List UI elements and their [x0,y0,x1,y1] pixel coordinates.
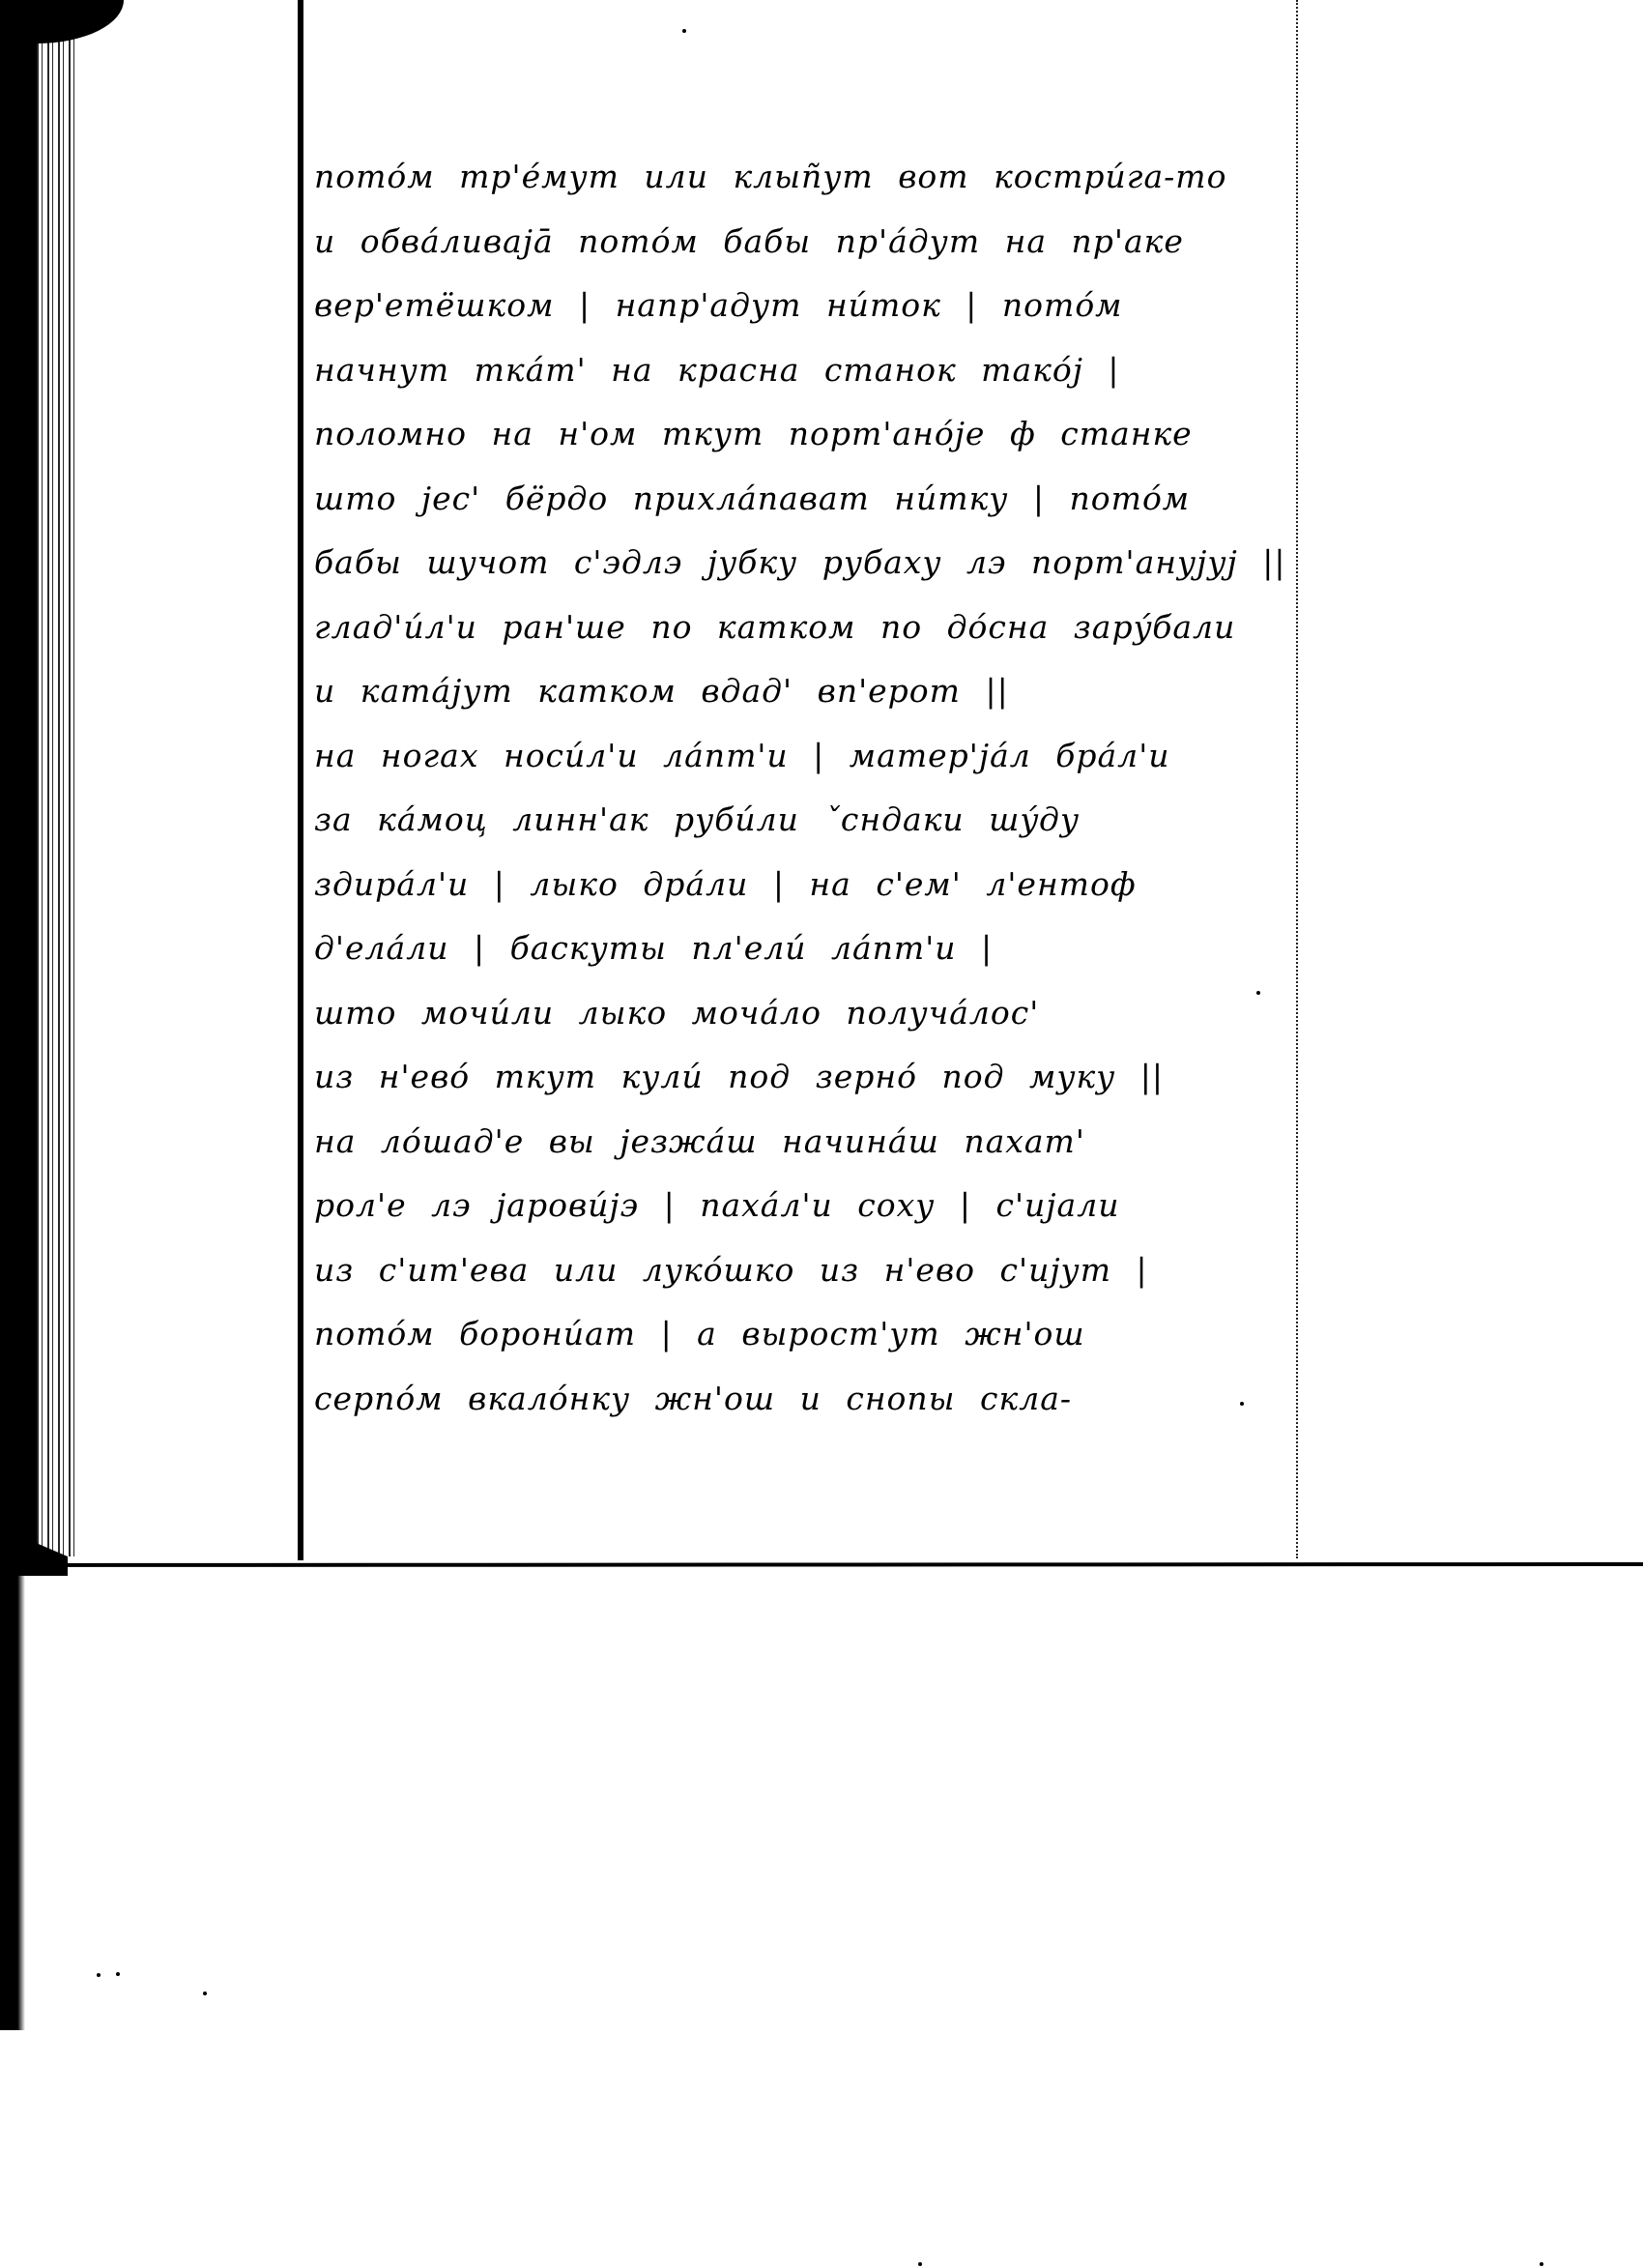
manuscript-line: здирáл'и | лыко дрáли | на с'ем' л'ентоф [314,853,1290,917]
manuscript-text: потóм тр'éмут или клыñут вот кострúга-то… [314,145,1290,1431]
manuscript-line: потóм тр'éмут или клыñут вот кострúга-то [314,145,1290,210]
manuscript-line: на ногах носúл'и лáпт'и | матер'јáл брáл… [314,724,1290,789]
manuscript-line: што јес' бёрдо прихлáпават нúтку | потóм [314,467,1290,532]
scan-speck [116,1972,120,1976]
scan-speck [203,1992,207,1995]
manuscript-line: за кáмоц линн'ак рубúли ˇсндаки шýду [314,788,1290,853]
scan-speck [97,1973,101,1977]
scan-edge-bleed [37,10,75,1556]
manuscript-line: бабы шучот с'эдлэ јубку рубаху лэ порт'а… [314,531,1290,596]
manuscript-line: глад'úл'и ран'ше по катком по дóсна зарý… [314,596,1290,660]
manuscript-line: из с'ит'ева или лукóшко из н'ево с'ијут … [314,1238,1290,1303]
manuscript-line: д'елáли | баскуты пл'елú лáпт'и | [314,916,1290,981]
scan-edge-left [0,0,37,1566]
scan-speck [1240,1402,1244,1406]
manuscript-line: вер'етёшком | напр'адут нúток | потóм [314,274,1290,338]
manuscript-line: и обвáливајā потóм бабы пр'áдут на пр'ак… [314,210,1290,275]
right-margin-rule [1296,0,1298,1558]
manuscript-line: и катáјут катком вдад' вп'ерот || [314,659,1290,724]
scan-speck [682,29,686,33]
manuscript-line: поломно на н'ом ткут порт'анóје ф станке [314,402,1290,467]
manuscript-line: рол'е лэ јаровúјэ | пахáл'и соху | с'ија… [314,1174,1290,1238]
manuscript-line: потóм боронúат | а вырост'ут жн'ош [314,1302,1290,1367]
manuscript-line: серпóм вкалóнку жн'ош и снопы скла- [314,1367,1290,1432]
scan-speck [918,2262,922,2266]
left-margin-rule [298,0,303,1560]
scan-edge-left-lower [0,1566,25,2030]
manuscript-line: из н'евó ткут кулú под зернó под муку || [314,1045,1290,1110]
manuscript-line: начнут ткáт' на красна станок такóј | [314,338,1290,403]
manuscript-line: што мочúли лыко мочáло получáлос' [314,981,1290,1046]
page-bottom-edge [10,1562,1643,1567]
scan-speck [1540,2262,1543,2266]
scan-speck [1256,991,1260,995]
manuscript-line: на лóшад'е вы језжáш начинáш пахат' [314,1110,1290,1175]
scan-corner-shadow [37,0,124,44]
